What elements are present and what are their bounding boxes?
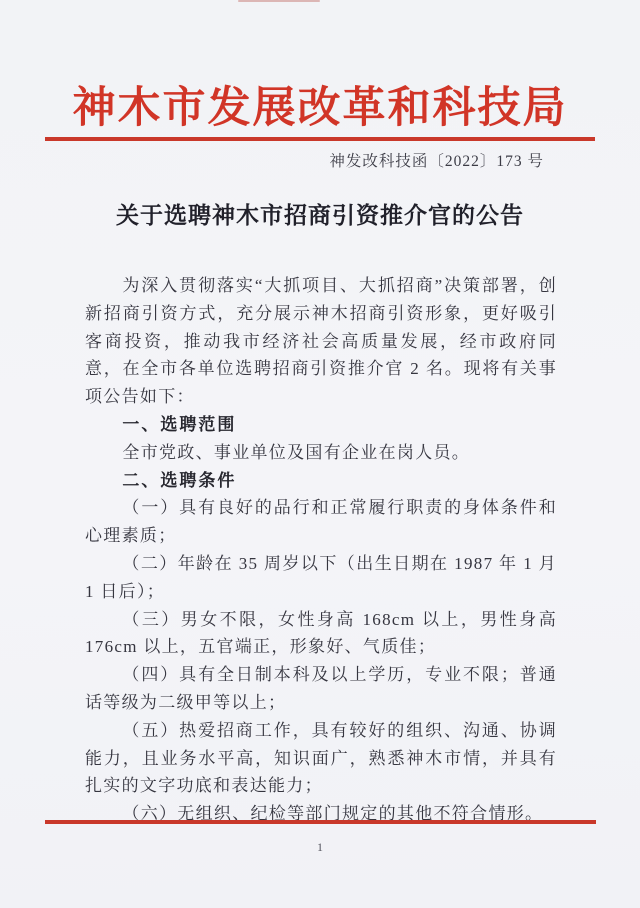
paragraph-scope: 全市党政、事业单位及国有企业在岗人员。 (85, 439, 557, 467)
section-heading-conditions: 二、选聘条件 (85, 467, 557, 495)
page-number: 1 (0, 840, 640, 855)
paragraph-condition-2: （二）年龄在 35 周岁以下（出生日期在 1987 年 1 月 1 日后）； (85, 550, 557, 606)
paragraph-condition-3: （三）男女不限，女性身高 168cm 以上，男性身高 176cm 以上，五官端正… (85, 606, 557, 662)
paragraph-condition-1: （一）具有良好的品行和正常履行职责的身体条件和心理素质； (85, 494, 557, 550)
section-heading-scope: 一、选聘范围 (85, 411, 557, 439)
paragraph-condition-4: （四）具有全日制本科及以上学历，专业不限；普通话等级为二级甲等以上； (85, 661, 557, 717)
document-page: 神木市发展改革和科技局 神发改科技函〔2022〕173 号 关于选聘神木市招商引… (0, 0, 640, 908)
document-body: 为深入贯彻落实“大抓项目、大抓招商”决策部署，创新招商引资方式，充分展示神木招商… (85, 272, 557, 828)
document-title: 关于选聘神木市招商引资推介官的公告 (0, 197, 640, 230)
paragraph-condition-5: （五）热爱招商工作，具有较好的组织、沟通、协调能力，且业务水平高，知识面广，熟悉… (85, 717, 557, 800)
agency-name: 神木市发展改革和科技局 (0, 74, 640, 135)
document-reference-number: 神发改科技函〔2022〕173 号 (329, 149, 544, 171)
scan-artifact (238, 0, 320, 2)
header-red-divider (45, 137, 595, 141)
footer-red-divider (45, 820, 596, 824)
paragraph-intro: 为深入贯彻落实“大抓项目、大抓招商”决策部署，创新招商引资方式，充分展示神木招商… (85, 272, 557, 411)
